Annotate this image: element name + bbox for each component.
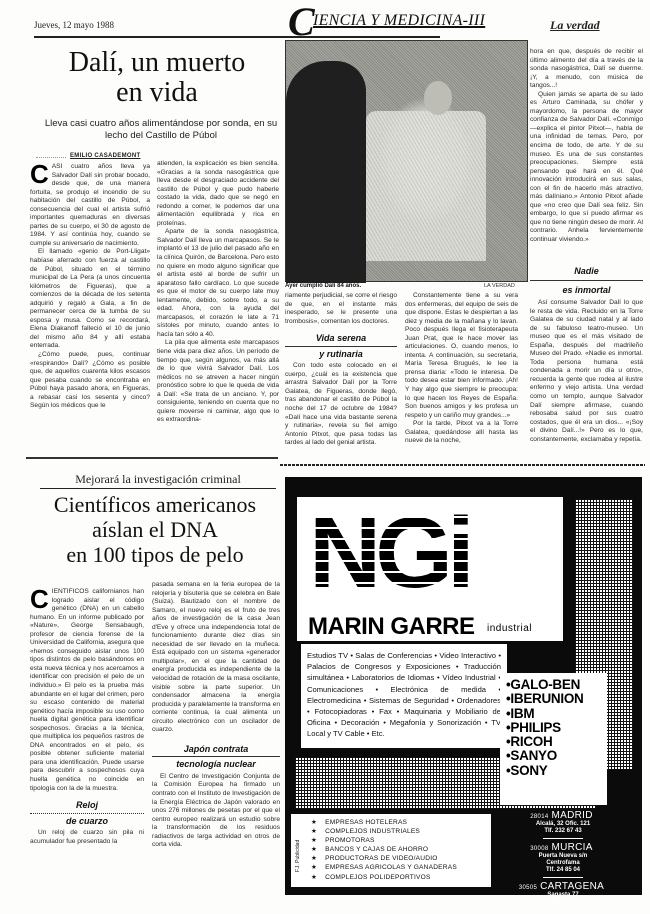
client-item: ★PRODUCTORAS DE VIDEO/AUDIO — [311, 854, 491, 863]
section-title: CIENCIA Y MEDICINA-III — [288, 6, 485, 38]
client-item: ★COMPLEJOS POLIDEPORTIVOS — [311, 873, 491, 882]
client-label: COMPLEJOS POLIDEPORTIVOS — [325, 874, 430, 881]
paragraph: Constantemente tiene a su vera dos enfer… — [405, 292, 518, 420]
paragraph: hora en que, después de recibir el últim… — [530, 48, 643, 91]
paragraph: Quien jamás se aparta de su lado es Artu… — [530, 91, 643, 245]
subhead-rule — [285, 346, 397, 347]
photo-figure-head — [424, 81, 452, 115]
masthead-logo: La verdad — [550, 18, 600, 33]
client-item: ★COMPLEJOS INDUSTRIALES — [311, 827, 491, 836]
client-label: PROMOTORAS — [325, 837, 375, 844]
office-street: Alcalá, 32 Ofic. 121 — [503, 821, 623, 828]
dna-column-2: pasada semana en la feria europea de la … — [152, 581, 280, 911]
paragraph: Por la tarde, Pitxot va a la Torre Galat… — [405, 420, 518, 446]
office-murcia: 30008MURCIA — [503, 842, 623, 853]
subhead-rule — [152, 756, 280, 757]
subhead-nadie: Nadie — [530, 266, 643, 276]
office-separator — [543, 877, 583, 878]
ad-company-bar: MARIN GARRE industrial — [297, 611, 563, 641]
dali-column-1: C ASI cuatro años lleva ya Salvador Dalí… — [30, 163, 150, 455]
office-cartagena: 30505CARTAGENA — [503, 881, 623, 892]
byline-rule — [36, 157, 66, 158]
subhead-rule — [30, 813, 144, 814]
paragraph: El llamado «genio de Port-Lligat» habías… — [30, 248, 150, 351]
office-street: Puerta Nueva s/n — [503, 853, 623, 860]
ad-services: Estudios TV • Salas de Conferencias • Vi… — [301, 644, 507, 748]
office-phone: Tlf. 232 67 43 — [503, 828, 623, 835]
office-phone: Tlf. 50 18 40 — [503, 899, 623, 906]
paragraph: ¿Cómo puede, pues, continuar «respirando… — [30, 351, 150, 411]
photo-credit: LA VERDAD — [484, 283, 515, 289]
ngi-logo: NGi — [309, 507, 469, 599]
star-icon: ★ — [311, 846, 317, 853]
section-title-rest: IENCIA Y MEDICINA-III — [313, 12, 485, 29]
dna-kicker: Mejorará la investigación criminal — [40, 472, 276, 489]
section-title-initial: C — [288, 0, 315, 44]
client-label: PRODUCTORAS DE VIDEO/AUDIO — [325, 855, 437, 862]
company-suffix: industrial — [487, 623, 532, 634]
byline: EMILIO CASADEMONT — [70, 153, 140, 159]
office-separator — [543, 838, 583, 839]
dali-headline-line1: Dalí, un muerto — [30, 48, 284, 78]
paragraph: IENTIFICOS californianos han logrado ais… — [30, 588, 144, 793]
dali-column-5: hora en que, después de recibir el últim… — [530, 48, 643, 248]
dali-subtitle: Lleva casi cuatro años alimentándose por… — [36, 118, 286, 141]
office-street: Sagasta 77 — [503, 892, 623, 899]
section-divider-dotted — [280, 464, 645, 466]
client-label: EMPRESAS HOTELERAS — [325, 819, 407, 826]
advertisement: NGi MARIN GARRE industrial Estudios TV •… — [285, 477, 642, 895]
client-label: EMPRESAS AGRICOLAS Y GANADERAS — [325, 864, 457, 871]
client-label: COMPLEJOS INDUSTRIALES — [325, 828, 420, 835]
star-icon: ★ — [311, 828, 317, 835]
office-zip: 30008 — [530, 846, 548, 852]
star-icon: ★ — [311, 837, 317, 844]
subhead-japon: Japón contrata — [152, 745, 280, 754]
office-city: CARTAGENA — [540, 881, 604, 892]
dali-column-4: Constantemente tiene a su vera dos enfer… — [405, 292, 518, 462]
star-icon: ★ — [311, 819, 317, 826]
dali-column-3: riamente perjudicial, se corre el riesgo… — [285, 292, 397, 462]
photo-bed — [366, 111, 486, 261]
paragraph: pasada semana en la feria europea de la … — [152, 581, 280, 735]
paragraph: El Centro de Investigación Conjunta de l… — [152, 773, 280, 850]
client-item: ★BANCOS Y CAJAS DE AHORRO — [311, 845, 491, 854]
photo-figure-left — [286, 61, 366, 283]
dali-headline-line2: en vida — [30, 78, 284, 108]
office-madrid: 28014MADRID — [503, 810, 623, 821]
paragraph: La pila que alimenta este marcapasos tie… — [157, 339, 279, 424]
dna-headline-line1: Científicos americanos — [26, 492, 284, 517]
subhead-vida-serena: Vida serena — [285, 334, 397, 343]
section-divider — [26, 457, 278, 459]
dali-column-2: atienden, la explicación es bien sencill… — [157, 160, 279, 455]
star-icon: ★ — [311, 874, 317, 881]
issue-date: Jueves, 12 mayo 1988 — [34, 20, 114, 30]
subhead-rule — [530, 280, 643, 281]
dna-headline-line3: en 100 tipos de pelo — [26, 542, 284, 567]
photo-caption: Ayer cumplió Dalí 84 años. — [285, 283, 361, 289]
office-city: MURCIA — [551, 842, 592, 853]
office-phone: Tlf. 24 85 04 — [503, 867, 623, 874]
company-name: MARIN GARRE — [308, 615, 475, 639]
subhead-rutinaria: y rutinaria — [285, 350, 397, 359]
dropcap: C — [30, 589, 49, 609]
office-extra: Centrofama — [503, 860, 623, 867]
star-icon: ★ — [311, 855, 317, 862]
subhead-inmortal: es inmortal — [530, 285, 643, 295]
paragraph: atienden, la explicación es bien sencill… — [157, 160, 279, 228]
office-zip: 30505 — [519, 885, 537, 891]
dropcap: C — [30, 164, 49, 184]
dna-headline: Científicos americanos aíslan el DNA en … — [26, 492, 284, 567]
dali-column-5b: Así consume Salvador Dalí lo que le rest… — [530, 299, 643, 461]
client-item: ★EMPRESAS HOTELERAS — [311, 818, 491, 827]
client-label: BANCOS Y CAJAS DE AHORRO — [325, 846, 428, 853]
paragraph: Aparte de la sonda nasogástrica, Salvado… — [157, 228, 279, 339]
paragraph: Con todo este colocado en el cuerpo, ¿cu… — [285, 362, 397, 447]
star-icon: ★ — [311, 864, 317, 871]
dna-column-1: C IENTIFICOS californianos han logrado a… — [30, 588, 144, 908]
dali-headline: Dalí, un muerto en vida — [30, 48, 284, 108]
client-item: ★PROMOTORAS — [311, 836, 491, 845]
agency-credit: F.J. Publicidad — [295, 840, 301, 872]
paragraph: Un reloj de cuarzo sin pila ni acumulado… — [30, 829, 144, 846]
paragraph: riamente perjudicial, se corre el riesgo… — [285, 292, 397, 326]
office-zip: 28014 — [530, 814, 548, 820]
dali-photo — [285, 40, 528, 282]
dna-headline-line2: aíslan el DNA — [26, 517, 284, 542]
subhead-cuarzo: de cuarzo — [30, 817, 144, 826]
client-item: ★EMPRESAS AGRICOLAS Y GANADERAS — [311, 863, 491, 872]
subhead-nuclear: tecnología nuclear — [152, 760, 280, 769]
subhead-reloj: Reloj — [30, 801, 144, 810]
office-city: MADRID — [551, 810, 592, 821]
ad-offices: 28014MADRID Alcalá, 32 Ofic. 121 Tlf. 23… — [503, 642, 623, 906]
paragraph: Así consume Salvador Dalí lo que le rest… — [530, 299, 643, 444]
ad-clients: ★EMPRESAS HOTELERAS ★COMPLEJOS INDUSTRIA… — [291, 814, 491, 887]
